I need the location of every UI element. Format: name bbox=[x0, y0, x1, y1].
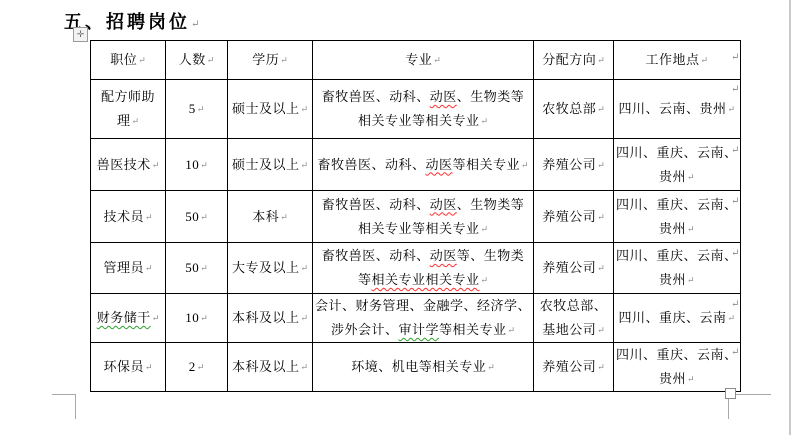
end-of-cell-mark: ↵ bbox=[597, 325, 605, 335]
end-of-cell-mark: ↵ bbox=[300, 104, 308, 114]
table-cell-r6-c4[interactable]: 养殖公司↵ bbox=[534, 343, 614, 392]
end-of-cell-mark: ↵ bbox=[197, 362, 205, 372]
spellcheck-squiggle: 相关专业相关专业 bbox=[371, 272, 479, 287]
recruitment-table: 职位↵人数↵学历↵专业↵分配方向↵工作地点↵ 配方师助理↵5↵硕士及以上↵畜牧兽… bbox=[90, 40, 741, 392]
end-of-cell-mark: ↵ bbox=[728, 104, 736, 114]
end-of-cell-mark: ↵ bbox=[480, 224, 488, 234]
end-of-row-mark: ↵ bbox=[731, 300, 739, 310]
table-cell-r3-c2[interactable]: 本科↵ bbox=[228, 191, 313, 243]
page-edge-line bbox=[789, 0, 791, 435]
end-of-cell-mark: ↵ bbox=[145, 263, 153, 273]
end-of-cell-mark: ↵ bbox=[280, 212, 288, 222]
end-of-cell-mark: ↵ bbox=[200, 160, 208, 170]
header-cell-2[interactable]: 学历↵ bbox=[228, 41, 313, 80]
table-resize-handle[interactable] bbox=[725, 388, 736, 399]
end-of-cell-mark: ↵ bbox=[138, 55, 146, 65]
table-cell-r1-c3[interactable]: 畜牧兽医、动科、动医、生物类等相关专业等相关专业↵ bbox=[313, 80, 534, 139]
end-of-row-mark: ↵ bbox=[731, 85, 739, 95]
end-of-cell-mark: ↵ bbox=[200, 313, 208, 323]
table-cell-r2-c5[interactable]: 四川、重庆、云南、贵州↵ bbox=[614, 139, 741, 191]
table-cell-r1-c5[interactable]: 四川、云南、贵州↵ bbox=[614, 80, 741, 139]
end-of-cell-mark: ↵ bbox=[300, 362, 308, 372]
table-cell-r4-c1[interactable]: 50↵ bbox=[166, 243, 228, 294]
header-cell-0[interactable]: 职位↵ bbox=[91, 41, 166, 80]
table-cell-r6-c5[interactable]: 四川、重庆、云南、贵州↵ bbox=[614, 343, 741, 392]
end-of-cell-mark: ↵ bbox=[481, 275, 489, 285]
end-of-cell-mark: ↵ bbox=[597, 160, 605, 170]
table-cell-r4-c4[interactable]: 养殖公司↵ bbox=[534, 243, 614, 294]
table-cell-r4-c5[interactable]: 四川、重庆、云南、贵州↵ bbox=[614, 243, 741, 294]
end-of-cell-mark: ↵ bbox=[728, 313, 736, 323]
header-cell-4[interactable]: 分配方向↵ bbox=[534, 41, 614, 80]
grammar-squiggle: 审计学 bbox=[398, 322, 439, 337]
table-cell-r5-c4[interactable]: 农牧总部、基地公司↵ bbox=[534, 294, 614, 343]
end-of-cell-mark: ↵ bbox=[300, 313, 308, 323]
end-of-row-mark: ↵ bbox=[731, 348, 739, 358]
spellcheck-squiggle: 动医 bbox=[430, 89, 457, 104]
end-of-cell-mark: ↵ bbox=[200, 263, 208, 273]
end-of-cell-mark: ↵ bbox=[487, 362, 495, 372]
end-of-cell-mark: ↵ bbox=[597, 263, 605, 273]
table-cell-r3-c0[interactable]: 技术员↵ bbox=[91, 191, 166, 243]
end-of-cell-mark: ↵ bbox=[131, 116, 139, 126]
paragraph-mark: ↵ bbox=[191, 19, 199, 30]
table-row: 配方师助理↵5↵硕士及以上↵畜牧兽医、动科、动医、生物类等相关专业等相关专业↵农… bbox=[91, 80, 741, 139]
table-cell-r3-c5[interactable]: 四川、重庆、云南、贵州↵ bbox=[614, 191, 741, 243]
end-of-cell-mark: ↵ bbox=[152, 313, 160, 323]
header-cell-1[interactable]: 人数↵ bbox=[166, 41, 228, 80]
table-cell-r6-c3[interactable]: 环境、机电等相关专业↵ bbox=[313, 343, 534, 392]
end-of-cell-mark: ↵ bbox=[433, 55, 441, 65]
table-cell-r1-c4[interactable]: 农牧总部↵ bbox=[534, 80, 614, 139]
end-of-cell-mark: ↵ bbox=[687, 374, 695, 384]
end-of-cell-mark: ↵ bbox=[597, 362, 605, 372]
table-row: 财务储干↵10↵本科及以上↵会计、财务管理、金融学、经济学、涉外会计、审计学等相… bbox=[91, 294, 741, 343]
spellcheck-squiggle: 动医 bbox=[430, 197, 457, 212]
spellcheck-squiggle: 动医 bbox=[425, 157, 452, 172]
end-of-row-mark: ↵ bbox=[731, 146, 739, 156]
end-of-cell-mark: ↵ bbox=[200, 212, 208, 222]
end-of-cell-mark: ↵ bbox=[687, 224, 695, 234]
header-cell-3[interactable]: 专业↵ bbox=[313, 41, 534, 80]
grammar-squiggle: 财务储干 bbox=[97, 310, 151, 325]
table-cell-r5-c0[interactable]: 财务储干↵ bbox=[91, 294, 166, 343]
end-of-cell-mark: ↵ bbox=[687, 275, 695, 285]
end-of-cell-mark: ↵ bbox=[597, 212, 605, 222]
table-header-row: 职位↵人数↵学历↵专业↵分配方向↵工作地点↵ bbox=[91, 41, 741, 80]
table-cell-r4-c0[interactable]: 管理员↵ bbox=[91, 243, 166, 294]
end-of-cell-mark: ↵ bbox=[152, 160, 160, 170]
table-cell-r3-c1[interactable]: 50↵ bbox=[166, 191, 228, 243]
document-page: 五、招聘岗位↵ ✛ 职位↵人数↵学历↵专业↵分配方向↵工作地点↵ 配方师助理↵5… bbox=[0, 0, 794, 435]
table-cell-r6-c2[interactable]: 本科及以上↵ bbox=[228, 343, 313, 392]
end-of-cell-mark: ↵ bbox=[687, 172, 695, 182]
header-cell-5[interactable]: 工作地点↵ bbox=[614, 41, 741, 80]
table-cell-r6-c0[interactable]: 环保员↵ bbox=[91, 343, 166, 392]
end-of-row-mark: ↵ bbox=[731, 197, 739, 207]
end-of-cell-mark: ↵ bbox=[300, 263, 308, 273]
table-cell-r3-c3[interactable]: 畜牧兽医、动科、动医、生物类等相关专业等相关专业↵ bbox=[313, 191, 534, 243]
end-of-cell-mark: ↵ bbox=[480, 116, 488, 126]
table-cell-r3-c4[interactable]: 养殖公司↵ bbox=[534, 191, 614, 243]
table-cell-r6-c1[interactable]: 2↵ bbox=[166, 343, 228, 392]
end-of-cell-mark: ↵ bbox=[145, 362, 153, 372]
table-cell-r2-c2[interactable]: 硕士及以上↵ bbox=[228, 139, 313, 191]
table-row: 管理员↵50↵大专及以上↵畜牧兽医、动科、动医等、生物类等相关专业相关专业↵养殖… bbox=[91, 243, 741, 294]
end-of-cell-mark: ↵ bbox=[207, 55, 215, 65]
table-move-handle[interactable]: ✛ bbox=[73, 27, 88, 42]
table-cell-r5-c5[interactable]: 四川、重庆、云南↵ bbox=[614, 294, 741, 343]
table-cell-r1-c2[interactable]: 硕士及以上↵ bbox=[228, 80, 313, 139]
end-of-cell-mark: ↵ bbox=[508, 325, 516, 335]
end-of-cell-mark: ↵ bbox=[597, 104, 605, 114]
table-cell-r5-c1[interactable]: 10↵ bbox=[166, 294, 228, 343]
page-margin-mark-bottom-left bbox=[52, 394, 76, 419]
end-of-cell-mark: ↵ bbox=[300, 160, 308, 170]
table-row: 兽医技术↵10↵硕士及以上↵畜牧兽医、动科、动医等相关专业↵养殖公司↵四川、重庆… bbox=[91, 139, 741, 191]
table-cell-r5-c2[interactable]: 本科及以上↵ bbox=[228, 294, 313, 343]
end-of-cell-mark: ↵ bbox=[145, 212, 153, 222]
table-cell-r1-c0[interactable]: 配方师助理↵ bbox=[91, 80, 166, 139]
table-cell-r4-c2[interactable]: 大专及以上↵ bbox=[228, 243, 313, 294]
move-icon: ✛ bbox=[77, 30, 85, 39]
end-of-row-mark: ↵ bbox=[731, 249, 739, 259]
table-cell-r1-c1[interactable]: 5↵ bbox=[166, 80, 228, 139]
table-row: 环保员↵2↵本科及以上↵环境、机电等相关专业↵养殖公司↵四川、重庆、云南、贵州↵ bbox=[91, 343, 741, 392]
end-of-cell-mark: ↵ bbox=[280, 55, 288, 65]
table-cell-r2-c0[interactable]: 兽医技术↵ bbox=[91, 139, 166, 191]
end-of-cell-mark: ↵ bbox=[521, 160, 529, 170]
spellcheck-squiggle: 动医 bbox=[430, 248, 457, 263]
table-cell-r4-c3[interactable]: 畜牧兽医、动科、动医等、生物类等相关专业相关专业↵ bbox=[313, 243, 534, 294]
table-cell-r2-c3[interactable]: 畜牧兽医、动科、动医等相关专业↵ bbox=[313, 139, 534, 191]
table-cell-r2-c4[interactable]: 养殖公司↵ bbox=[534, 139, 614, 191]
end-of-cell-mark: ↵ bbox=[597, 55, 605, 65]
table-cell-r2-c1[interactable]: 10↵ bbox=[166, 139, 228, 191]
table-cell-r5-c3[interactable]: 会计、财务管理、金融学、经济学、涉外会计、审计学等相关专业↵ bbox=[313, 294, 534, 343]
table-row: 技术员↵50↵本科↵畜牧兽医、动科、动医、生物类等相关专业等相关专业↵养殖公司↵… bbox=[91, 191, 741, 243]
end-of-cell-mark: ↵ bbox=[701, 55, 709, 65]
end-of-row-mark: ↵ bbox=[731, 53, 739, 63]
end-of-cell-mark: ↵ bbox=[197, 104, 205, 114]
